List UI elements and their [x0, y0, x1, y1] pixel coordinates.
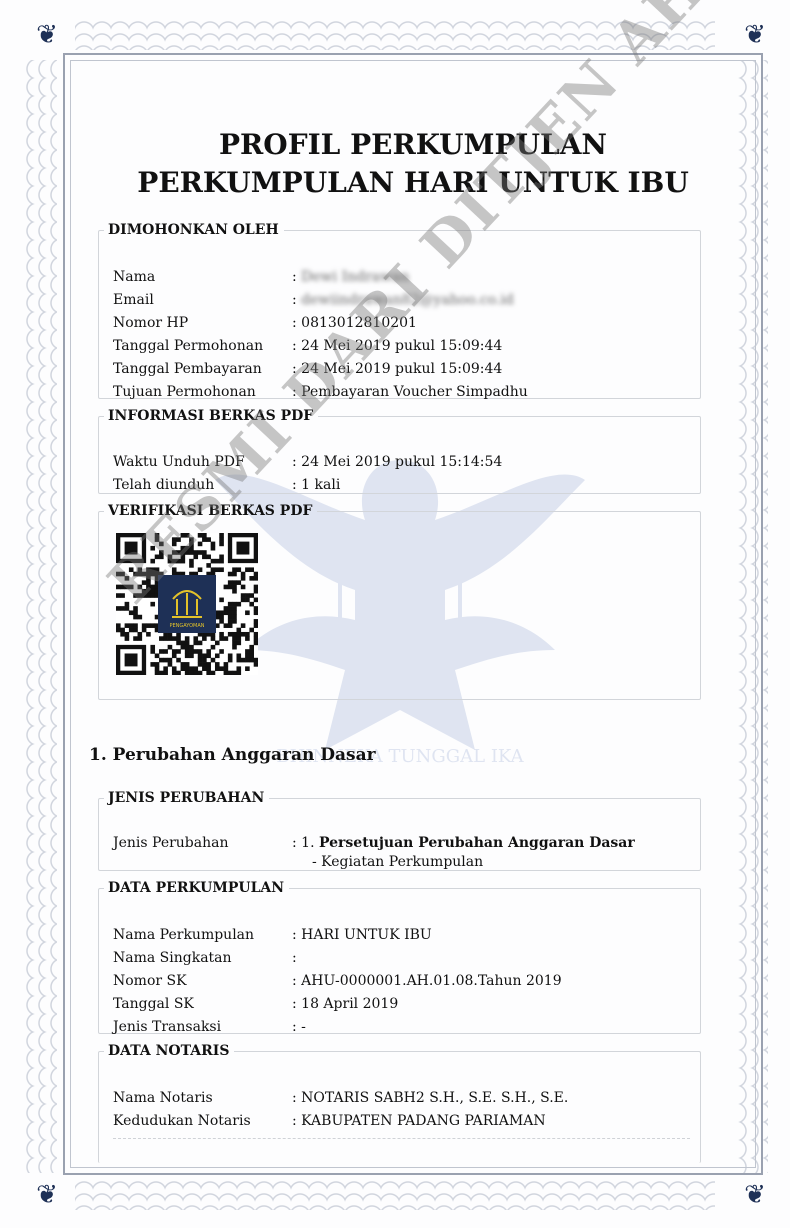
field-label: Nama Perkumpulan — [113, 924, 292, 947]
field-row: Nama Notaris: NOTARIS SABH2 S.H., S.E. S… — [113, 1087, 568, 1110]
qr-code: PENGAYOMAN — [116, 533, 258, 675]
field-row: Kedudukan Notaris: KABUPATEN PADANG PARI… — [113, 1110, 568, 1133]
field-value: : dewiindrawan82@yahoo.co.id — [292, 289, 514, 312]
field-row: Tanggal SK: 18 April 2019 — [113, 993, 562, 1016]
field-row: Tanggal Permohonan: 24 Mei 2019 pukul 15… — [113, 335, 528, 358]
field-row: Waktu Unduh PDF: 24 Mei 2019 pukul 15:14… — [113, 451, 502, 474]
section-heading: INFORMASI BERKAS PDF — [104, 408, 318, 424]
title-line-2: PERKUMPULAN HARI UNTUK IBU — [70, 164, 756, 202]
field-label: Jenis Transaksi — [113, 1016, 292, 1039]
data-notaris-section: DATA NOTARIS Nama Notaris: NOTARIS SABH2… — [98, 1043, 701, 1163]
field-label: Nomor SK — [113, 970, 292, 993]
field-row: Email: dewiindrawan82@yahoo.co.id — [113, 289, 528, 312]
field-value: : HARI UNTUK IBU — [292, 924, 432, 947]
field-row: Tujuan Permohonan: Pembayaran Voucher Si… — [113, 381, 528, 404]
field-label: Telah diunduh — [113, 474, 292, 497]
corner-ornament-icon: ❦ — [740, 20, 770, 50]
section-heading: DIMOHONKAN OLEH — [104, 222, 284, 238]
field-row: Telah diunduh: 1 kali — [113, 474, 502, 497]
field-value: : 1 kali — [292, 474, 340, 497]
field-value: : AHU-0000001.AH.01.08.Tahun 2019 — [292, 970, 562, 993]
field-value: : 24 Mei 2019 pukul 15:14:54 — [292, 451, 502, 474]
page-title: PROFIL PERKUMPULAN PERKUMPULAN HARI UNTU… — [70, 126, 756, 202]
jenis-perubahan-section: JENIS PERUBAHAN Jenis Perubahan : 1. Per… — [98, 790, 701, 871]
corner-ornament-icon: ❦ — [32, 1180, 62, 1210]
border-pattern-left — [25, 60, 57, 1173]
field-value: : — [292, 947, 297, 970]
field-value: : Pembayaran Voucher Simpadhu — [292, 381, 528, 404]
field-value: : Dewi Indrawan — [292, 266, 410, 289]
data-perkumpulan-section: DATA PERKUMPULAN Nama Perkumpulan: HARI … — [98, 880, 701, 1034]
section-heading: DATA NOTARIS — [104, 1043, 234, 1059]
field-label: Nama Singkatan — [113, 947, 292, 970]
field-value: : 0813012810201 — [292, 312, 417, 335]
field-row: Jenis Transaksi: - — [113, 1016, 562, 1039]
field-row: Nama Singkatan: — [113, 947, 562, 970]
field-row: Nomor SK: AHU-0000001.AH.01.08.Tahun 201… — [113, 970, 562, 993]
section-heading: JENIS PERUBAHAN — [104, 790, 269, 806]
field-row: Nama: Dewi Indrawan — [113, 266, 528, 289]
field-label: Tanggal SK — [113, 993, 292, 1016]
section-heading: DATA PERKUMPULAN — [104, 880, 289, 896]
field-row: Jenis Perubahan : 1. Persetujuan Perubah… — [113, 834, 635, 853]
title-line-1: PROFIL PERKUMPULAN — [70, 126, 756, 164]
dashed-divider — [113, 1138, 690, 1139]
field-value: : 18 April 2019 — [292, 993, 398, 1016]
field-label: Tanggal Permohonan — [113, 335, 292, 358]
field-value: : NOTARIS SABH2 S.H., S.E. S.H., S.E. — [292, 1087, 568, 1110]
section-heading: VERIFIKASI BERKAS PDF — [104, 503, 317, 519]
field-row: - Kegiatan Perkumpulan — [113, 853, 635, 872]
field-label: Email — [113, 289, 292, 312]
field-label: Nama — [113, 266, 292, 289]
field-value: : 24 Mei 2019 pukul 15:09:44 — [292, 335, 502, 358]
corner-ornament-icon: ❦ — [740, 1180, 770, 1210]
field-value: : - — [292, 1016, 306, 1039]
dimohonkan-oleh-section: DIMOHONKAN OLEH Nama: Dewi IndrawanEmail… — [98, 222, 701, 399]
field-label: Kedudukan Notaris — [113, 1110, 292, 1133]
field-label: Waktu Unduh PDF — [113, 451, 292, 474]
svg-text:PENGAYOMAN: PENGAYOMAN — [169, 623, 204, 629]
border-pattern-bottom — [75, 1180, 715, 1210]
informasi-berkas-section: INFORMASI BERKAS PDF Waktu Unduh PDF: 24… — [98, 408, 701, 494]
jenis-perubahan-sub-item: - Kegiatan Perkumpulan — [292, 853, 483, 872]
field-value: : 24 Mei 2019 pukul 15:09:44 — [292, 358, 502, 381]
field-value: : 1. Persetujuan Perubahan Anggaran Dasa… — [292, 834, 635, 853]
field-row: Nama Perkumpulan: HARI UNTUK IBU — [113, 924, 562, 947]
field-row: Nomor HP: 0813012810201 — [113, 312, 528, 335]
field-label: Nama Notaris — [113, 1087, 292, 1110]
field-value: : KABUPATEN PADANG PARIAMAN — [292, 1110, 546, 1133]
jenis-perubahan-value: Persetujuan Perubahan Anggaran Dasar — [319, 835, 635, 851]
field-label: Tujuan Permohonan — [113, 381, 292, 404]
corner-ornament-icon: ❦ — [32, 20, 62, 50]
field-label: Nomor HP — [113, 312, 292, 335]
field-label: Tanggal Pembayaran — [113, 358, 292, 381]
verifikasi-berkas-section: VERIFIKASI BERKAS PDF PENGAYOMAN — [98, 503, 701, 700]
section-heading-perubahan: 1. Perubahan Anggaran Dasar — [89, 745, 376, 765]
field-row: Tanggal Pembayaran: 24 Mei 2019 pukul 15… — [113, 358, 528, 381]
field-label: Jenis Perubahan — [113, 834, 292, 853]
border-pattern-top — [75, 20, 715, 50]
